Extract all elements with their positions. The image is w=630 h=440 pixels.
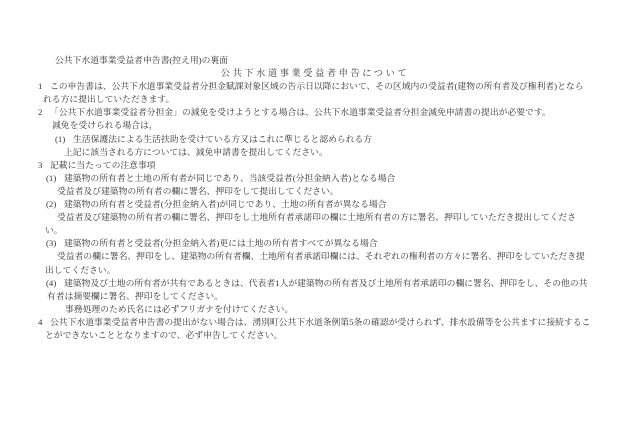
item-2-sub-1: (1)生活保護法による生活扶助を受けている方又はこれに準じると認められる方 — [0, 133, 630, 146]
item-3-sub-1: (1)建築物の所有者と土地の所有者が同じであり、当該受益者(分担金納入者)となる… — [0, 172, 630, 185]
item-3-number: 3 — [38, 159, 50, 172]
item-3-sub-1-text: 建築物の所有者と土地の所有者が同じであり、当該受益者(分担金納入者)となる場合 — [64, 173, 395, 183]
item-3-sub-1-number: (1) — [46, 172, 64, 185]
item-4-line-1: 4公共下水道事業受益者申告書の提出がない場合は、湧別町公共下水道条例第5条の確認… — [0, 316, 630, 329]
item-1-number: 1 — [38, 80, 50, 93]
item-3-sub-4-text: 建築物及び土地の所有者が共有であるときは、代表者1人が建築物の所有者及び土地所有… — [64, 278, 587, 288]
item-3-sub-2-body-2: い。 — [0, 224, 630, 237]
item-1-text: この申告書は、公共下水道事業受益者分担金賦課対象区域の告示日以降において、その区… — [50, 81, 584, 91]
item-3-line-1: 3記載に当たっての注意事項 — [0, 159, 630, 172]
item-4-number: 4 — [38, 316, 50, 329]
item-4-text: 公共下水道事業受益者申告書の提出がない場合は、湧別町公共下水道条例第5条の確認が… — [50, 317, 590, 327]
item-4-line-2: とができないこととなりますので、必ず申告してください。 — [0, 329, 630, 342]
item-3-sub-2-text: 建築物の所有者と受益者(分担金納入者)が同じであり、土地の所有者が異なる場合 — [64, 199, 387, 209]
item-3-sub-3-number: (3) — [46, 237, 64, 250]
item-2-text: 「公共下水道事業受益者分担金」の減免を受けようとする場合は、公共下水道事業受益者… — [50, 107, 551, 117]
corner-note: 公共下水道事業受益者申告書(控え用)の裏面 — [0, 54, 630, 67]
item-3-sub-4-line-2: 有者は摘要欄に署名、押印をしてください。 — [0, 290, 630, 303]
item-3-sub-3-body-1: 受益者の欄に署名、押印をし、建築物の所有者欄、土地所有者承諾印欄には、それぞれの… — [0, 250, 630, 263]
item-3-sub-3-text: 建築物の所有者と受益者(分担金納入者)更には土地の所有者すべてが異なる場合 — [64, 238, 378, 248]
item-2-line-1: 2「公共下水道事業受益者分担金」の減免を受けようとする場合は、公共下水道事業受益… — [0, 106, 630, 119]
item-2-sub-1-number: (1) — [55, 133, 73, 146]
item-3-sub-2-number: (2) — [46, 198, 64, 211]
document-title: 公共下水道事業受益者申告について — [0, 67, 630, 80]
item-3-sub-3-body-2: 出してください。 — [0, 264, 630, 277]
item-3-sub-1-body: 受益者及び建築物の所有者の欄に署名、押印をして提出してください。 — [0, 185, 630, 198]
item-3-sub-2-body-1: 受益者及び建築物の所有者の欄に署名、押印をし土地所有者承諾印の欄に土地所有者の方… — [0, 211, 630, 224]
item-2-note: 減免を受けられる場合は， — [0, 119, 630, 132]
item-2-sub-1-text: 生活保護法による生活扶助を受けている方又はこれに準じると認められる方 — [73, 134, 372, 144]
item-3-sub-2: (2)建築物の所有者と受益者(分担金納入者)が同じであり、土地の所有者が異なる場… — [0, 198, 630, 211]
item-1-line-2: れる方に提出していただきます。 — [0, 93, 630, 106]
item-3-sub-4-number: (4) — [46, 277, 64, 290]
item-3-sub-4: (4)建築物及び土地の所有者が共有であるときは、代表者1人が建築物の所有者及び土… — [0, 277, 630, 290]
item-3-sub-3: (3)建築物の所有者と受益者(分担金納入者)更には土地の所有者すべてが異なる場合 — [0, 237, 630, 250]
item-1-line-1: 1この申告書は、公共下水道事業受益者分担金賦課対象区域の告示日以降において、その… — [0, 80, 630, 93]
item-3-text: 記載に当たっての注意事項 — [50, 160, 156, 170]
item-2-number: 2 — [38, 106, 50, 119]
item-3-sub-4-note: 事務処理のため氏名には必ずフリガナを付けてください。 — [0, 303, 630, 316]
item-2-sub-1-note: 上記に該当される方については、減免申請書を提出してください。 — [0, 146, 630, 159]
document-page: 公共下水道事業受益者申告書(控え用)の裏面 公共下水道事業受益者申告について 1… — [0, 0, 630, 440]
